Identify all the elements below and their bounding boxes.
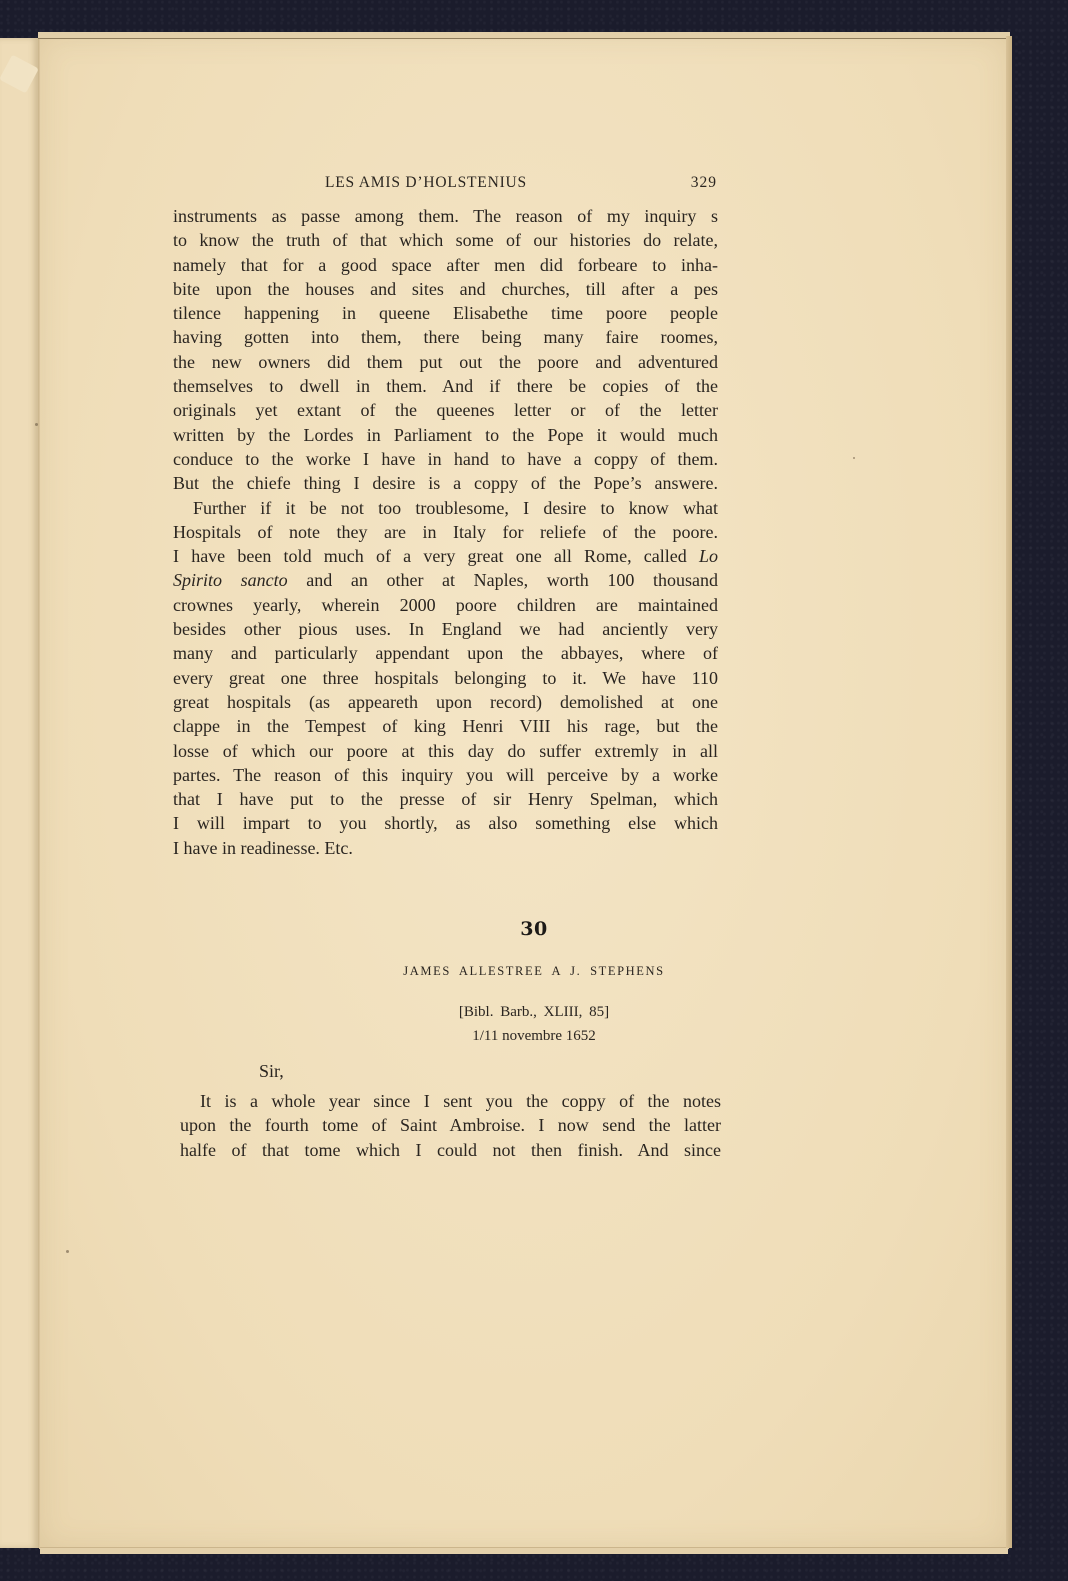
text-line: Hospitals of note they are in Italy for … (173, 520, 718, 544)
text-line: bite upon the houses and sites and churc… (173, 277, 718, 301)
text-line: instruments as passe among them. The rea… (173, 204, 718, 228)
text-line: great hospitals (as appeareth upon recor… (173, 690, 718, 714)
text-line: Further if it be not too troublesome, I … (173, 496, 718, 520)
text-line: I will impart to you shortly, as also so… (173, 811, 718, 835)
letter-date: 1/11 novembre 1652 (0, 1028, 1068, 1045)
text-line: every great one three hospitals belongin… (173, 666, 718, 690)
page-bottom-edge (40, 1547, 1008, 1554)
text-line: upon the fourth tome of Saint Ambroise. … (180, 1113, 721, 1137)
text-line: that I have put to the presse of sir Hen… (173, 787, 718, 811)
text-line: namely that for a good space after men d… (173, 253, 718, 277)
running-head: LES AMIS D’HOLSTENIUS 329 (172, 174, 717, 196)
italic-fragment: Spirito sancto (173, 570, 288, 590)
salutation: Sir, (259, 1061, 284, 1082)
italic-fragment: Lo (699, 546, 718, 566)
body-text-continuation: instruments as passe among them. The rea… (173, 204, 718, 860)
text-line: the new owners did them put out the poor… (173, 350, 718, 374)
torn-page-corner (0, 55, 39, 94)
text-line: halfe of that tome which I could not the… (180, 1138, 721, 1162)
text-line: themselves to dwell in them. And if ther… (173, 374, 718, 398)
text-line: conduce to the worke I have in hand to h… (173, 447, 718, 471)
letter-heading: JAMES ALLESTREE A J. STEPHENS (0, 964, 1068, 979)
text-line: clappe in the Tempest of king Henri VIII… (173, 714, 718, 738)
text-line: partes. The reason of this inquiry you w… (173, 763, 718, 787)
text-line: crownes yearly, wherein 2000 poore child… (173, 593, 718, 617)
source-reference: [Bibl. Barb., XLIII, 85] (0, 1004, 1068, 1021)
text-line: tilence happening in queene Elisabethe t… (173, 301, 718, 325)
text-line: originals yet extant of the queenes lett… (173, 398, 718, 422)
text-line: besides other pious uses. In England we … (173, 617, 718, 641)
running-title: LES AMIS D’HOLSTENIUS (325, 174, 527, 192)
text-line: having gotten into them, there being man… (173, 325, 718, 349)
text-line: I have in readinesse. Etc. (173, 836, 718, 860)
paper-speck (66, 1250, 69, 1253)
text-line: written by the Lordes in Parliament to t… (173, 423, 718, 447)
letter-number: 30 (0, 918, 1068, 940)
text-fragment: I have been told much of a very great on… (173, 546, 699, 566)
text-line-with-italic: Spirito sancto and an other at Naples, w… (173, 568, 718, 592)
letter-body: It is a whole year since I sent you the … (180, 1089, 721, 1162)
paper-speck (853, 457, 855, 459)
previous-page-edge (0, 38, 41, 1548)
text-fragment: and an other at Naples, worth 100 thousa… (288, 570, 718, 590)
text-line: to know the truth of that which some of … (173, 228, 718, 252)
text-line: many and particularly appendant upon the… (173, 641, 718, 665)
page-number: 329 (691, 174, 717, 192)
paper-speck (35, 423, 38, 426)
text-line: But the chiefe thing I desire is a coppy… (173, 471, 718, 495)
text-line: It is a whole year since I sent you the … (180, 1089, 721, 1113)
text-line: losse of which our poore at this day do … (173, 739, 718, 763)
text-line-with-italic: I have been told much of a very great on… (173, 544, 718, 568)
